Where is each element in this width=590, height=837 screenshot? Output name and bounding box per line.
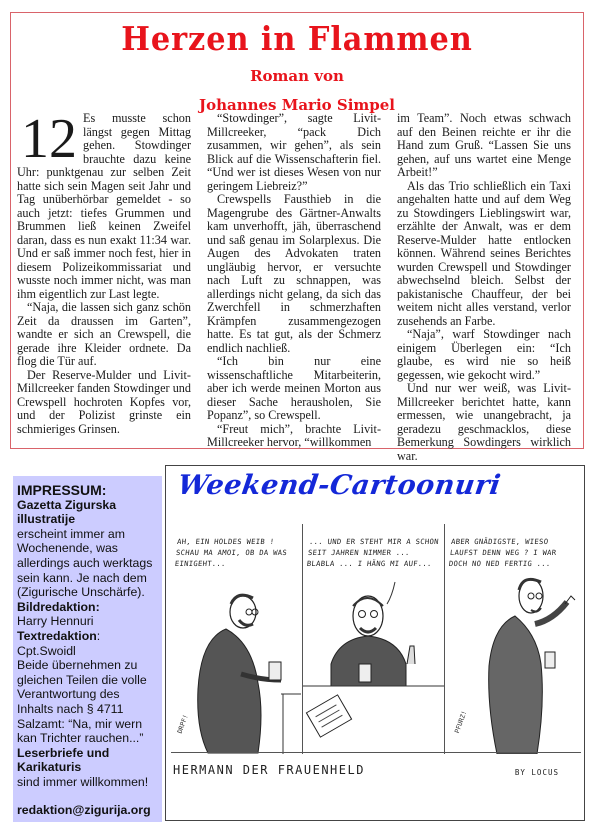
man-at-bar-illustration: [303, 524, 445, 754]
comic-panel-3: ABER GNÄDIGSTE, WIESO LAUFST DENN WEG ? …: [444, 524, 582, 754]
contact-email-link[interactable]: redaktion@zigurija.org: [17, 803, 158, 818]
strip-divider: [171, 752, 581, 753]
text-editor-colon: :: [97, 629, 100, 643]
impressum-box: IMPRESSUM: Gazetta Zigurska illustratije…: [13, 476, 162, 822]
comic-panel-1: AH, EIN HOLDES WEIB ! SCHAU MA AMOI, OB …: [171, 524, 302, 754]
story-section: Herzen in Flammen Roman von Johannes Mar…: [10, 12, 584, 449]
comic-panel-2: ... UND ER STEHT MIR A SCHON SEIT JAHREN…: [302, 524, 445, 754]
story-column-1: 12 Es musste schon längst gegen Mittag g…: [17, 112, 191, 436]
story-paragraph: “Freut mich”, brachte Livit-Millcreeker …: [207, 423, 381, 450]
story-paragraph: im Team”. Noch etwas schwach auf den Bei…: [397, 112, 571, 180]
letters-label: Leserbriefe und Karikaturis: [17, 746, 158, 775]
spacer: [17, 789, 158, 803]
text-editor-name: Cpt.Swoidl: [17, 644, 158, 659]
strip-title: HERMANN DER FRAUENHELD: [173, 763, 365, 777]
story-paragraph: “Stowdinger”, sagte Livit-Millcreeker, “…: [207, 112, 381, 193]
cartoon-title: Weekend-Cartoonuri: [176, 470, 503, 501]
story-column-2: “Stowdinger”, sagte Livit-Millcreeker, “…: [207, 112, 381, 450]
picture-editor-label: Bildredaktion:: [17, 600, 158, 615]
story-paragraph: “Naja”, warf Stowdinger nach einigem Übe…: [397, 328, 571, 382]
story-paragraph: Als das Trio schließlich ein Taxi angeha…: [397, 180, 571, 329]
cartoon-section: Weekend-Cartoonuri AH, EIN HOLDES WEIB !…: [165, 465, 585, 821]
picture-editor-name: Harry Hennuri: [17, 614, 158, 629]
story-column-3: im Team”. Noch etwas schwach auf den Bei…: [397, 112, 571, 483]
responsibility-text: Beide übernehmen zu gleichen Teilen die …: [17, 658, 158, 746]
story-subtitle-roman-von: Roman von: [11, 67, 583, 85]
story-title: Herzen in Flammen: [34, 19, 560, 58]
comic-strip: AH, EIN HOLDES WEIB ! SCHAU MA AMOI, OB …: [171, 524, 581, 754]
strip-credit: BY LOCUS: [515, 768, 559, 777]
text-editor-label: Textredaktion: [17, 629, 97, 643]
man-with-beer-illustration: [171, 524, 302, 754]
letters-text: sind immer willkommen!: [17, 775, 158, 790]
publication-description: erscheint immer am Wochenende, was aller…: [17, 527, 158, 600]
story-paragraph: Der Reserve-Mulder und Livit-Millcreeker…: [17, 369, 191, 437]
chapter-number: 12: [21, 116, 77, 162]
impressum-heading: IMPRESSUM:: [17, 483, 158, 498]
story-paragraph: Und nur wer weiß, was Livit-Millcreeker …: [397, 382, 571, 463]
publication-name: Gazetta Zigurska illustratije: [17, 498, 158, 527]
story-paragraph: “Ich bin nur eine wissenschaftliche Mita…: [207, 355, 381, 423]
text-editor-label-row: Textredaktion:: [17, 629, 158, 644]
story-paragraph: Crewspells Fausthieb in die Magengrube d…: [207, 193, 381, 355]
story-paragraph: “Naja, die lassen sich ganz schön Zeit d…: [17, 301, 191, 369]
